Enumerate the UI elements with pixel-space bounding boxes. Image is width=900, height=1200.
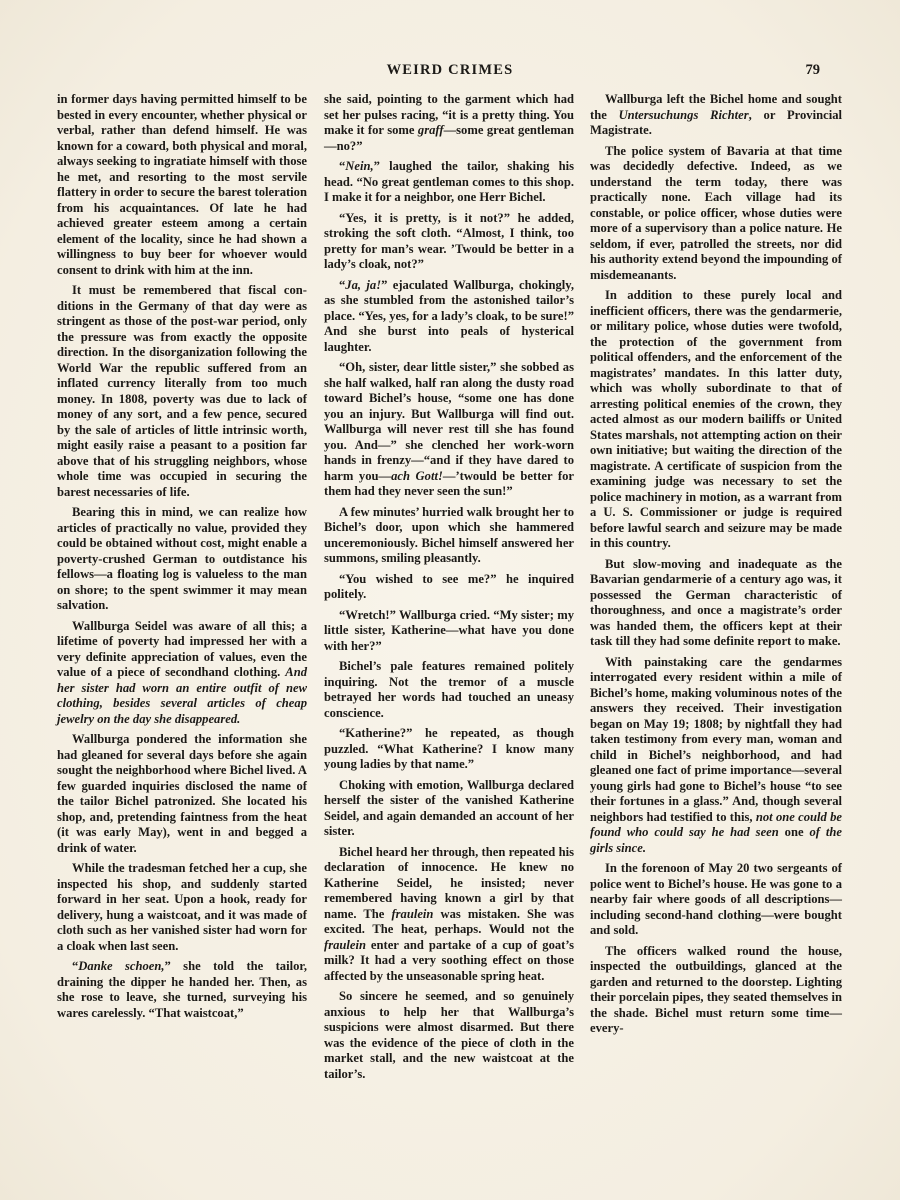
italic-run: ach Gott! [391, 469, 443, 483]
paragraph: “Yes, it is pretty, is it not?” he added… [324, 211, 574, 273]
paragraph: “You wished to see me?” he inquired poli… [324, 572, 574, 603]
paragraph: In addition to these purely local and in… [590, 288, 842, 552]
paragraph: she said, pointing to the garment which … [324, 92, 574, 154]
text-column-1: in former days having permitted him­self… [57, 92, 307, 1026]
paragraph: Choking with emotion, Wallburga de­clare… [324, 778, 574, 840]
text-run: The officers walked round the house, ins… [590, 944, 842, 1036]
paragraph: “Danke schoen,” she told the tailor, dra… [57, 959, 307, 1021]
text-run: Choking with emotion, Wallburga de­clare… [324, 778, 574, 839]
paragraph: “Wretch!” Wallburga cried. “My sister; m… [324, 608, 574, 655]
text-run: But slow-moving and inadequate as the Ba… [590, 557, 842, 649]
italic-run: fraulein [391, 907, 433, 921]
paragraph: The police system of Bavaria at that tim… [590, 144, 842, 284]
italic-run: Danke schoen, [78, 959, 164, 973]
running-head: WEIRD CRIMES 79 [0, 62, 900, 82]
text-run: “You wished to see me?” he inquired poli… [324, 572, 574, 602]
paragraph: Bearing this in mind, we can realize how… [57, 505, 307, 614]
paragraph: “Nein,” laughed the tailor, shaking his … [324, 159, 574, 206]
text-run: It must be remembered that fiscal con­di… [57, 283, 307, 499]
paragraph: Bichel heard her through, then re­peated… [324, 845, 574, 985]
paragraph: A few minutes’ hurried walk brought her … [324, 505, 574, 567]
text-run: “Yes, it is pretty, is it not?” he added… [324, 211, 574, 272]
italic-run: fraulein [324, 938, 366, 952]
book-page: WEIRD CRIMES 79 in former days having pe… [0, 0, 900, 1200]
paragraph: Bichel’s pale features remained politely… [324, 659, 574, 721]
paragraph: “Ja, ja!” ejaculated Wallburga, chok­ing… [324, 278, 574, 356]
paragraph: With painstaking care the gendarmes inte… [590, 655, 842, 857]
paragraph: So sincere he seemed, and so genuinely a… [324, 989, 574, 1082]
text-column-2: she said, pointing to the garment which … [324, 92, 574, 1087]
paragraph: Wallburga Seidel was aware of all this; … [57, 619, 307, 728]
paragraph: Wallburga pondered the information she h… [57, 732, 307, 856]
paragraph: “Oh, sister, dear little sister,” she so… [324, 360, 574, 500]
text-run: one [779, 825, 810, 839]
text-run: With painstaking care the gendarmes inte… [590, 655, 842, 824]
text-run: in former days having permitted him­self… [57, 92, 307, 277]
text-run: “Katherine?” he repeated, as though puzz… [324, 726, 574, 771]
text-run: Wallburga pondered the information she h… [57, 732, 307, 855]
text-run: A few minutes’ hurried walk brought her … [324, 505, 574, 566]
paragraph: Wallburga left the Bichel home and sough… [590, 92, 842, 139]
text-run: “Wretch!” Wallburga cried. “My sister; m… [324, 608, 574, 653]
italic-run: graff [418, 123, 444, 137]
text-run: Wallburga Seidel was aware of all this; … [57, 619, 307, 680]
text-run: Bearing this in mind, we can realize how… [57, 505, 307, 612]
paragraph: But slow-moving and inadequate as the Ba… [590, 557, 842, 650]
paragraph: in former days having permitted him­self… [57, 92, 307, 278]
text-run: “Oh, sister, dear little sister,” she so… [324, 360, 574, 483]
text-run: While the tradesman fetched her a cup, s… [57, 861, 307, 953]
paragraph: The officers walked round the house, ins… [590, 944, 842, 1037]
paragraph: It must be remembered that fiscal con­di… [57, 283, 307, 500]
text-column-3: Wallburga left the Bichel home and sough… [590, 92, 842, 1042]
paragraph: “Katherine?” he repeated, as though puzz… [324, 726, 574, 773]
italic-run: Untersuchungs Richter [619, 108, 749, 122]
italic-run: Nein, [345, 159, 373, 173]
text-run: In addition to these purely local and in… [590, 288, 842, 550]
text-run: Bichel’s pale features remained politely… [324, 659, 574, 720]
page-number: 79 [806, 62, 821, 79]
italic-run: Ja, ja! [345, 278, 381, 292]
paragraph: In the forenoon of May 20 two ser­geants… [590, 861, 842, 939]
paragraph: While the tradesman fetched her a cup, s… [57, 861, 307, 954]
text-run: In the forenoon of May 20 two ser­geants… [590, 861, 842, 937]
text-run: So sincere he seemed, and so genuinely a… [324, 989, 574, 1081]
text-run: The police system of Bavaria at that tim… [590, 144, 842, 282]
running-title: WEIRD CRIMES [0, 62, 900, 79]
